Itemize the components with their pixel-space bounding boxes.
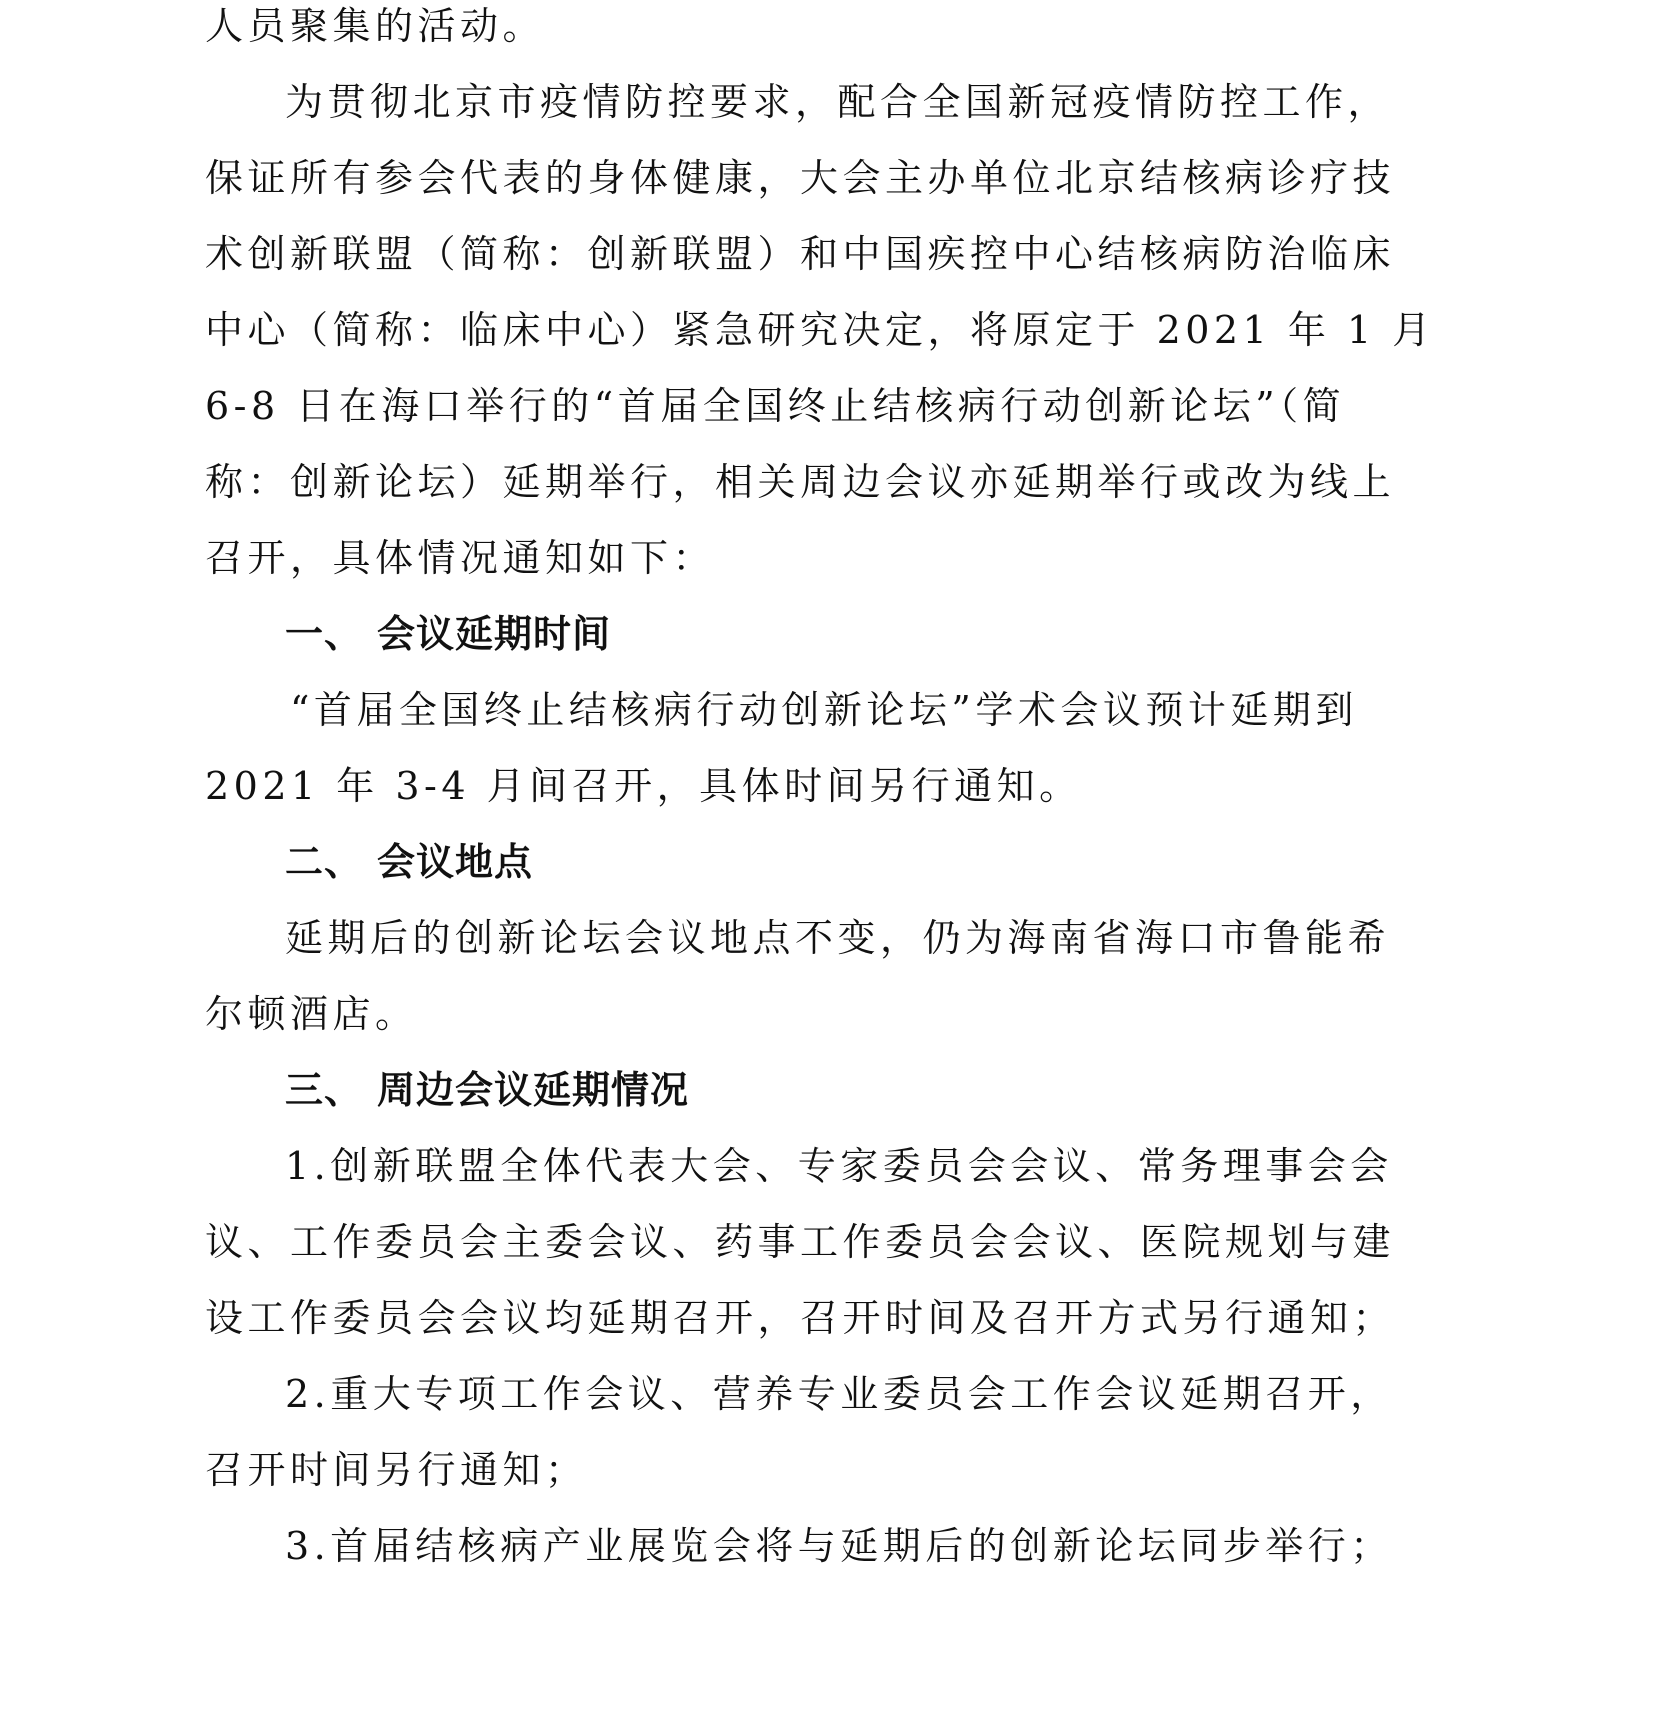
paragraph-line: 术创新联盟（简称：创新联盟）和中国疾控中心结核病防治临床 [205, 230, 1325, 278]
list-item-line: 议、工作委员会主委会议、药事工作委员会会议、医院规划与建 [205, 1218, 1325, 1266]
paragraph-line: 尔顿酒店。 [205, 990, 1325, 1038]
paragraph-line: 6-8 日在海口举行的“首届全国终止结核病行动创新论坛”（简 [205, 382, 1325, 430]
section-heading: 三、周边会议延期情况 [285, 1066, 689, 1114]
document-page: 人员聚集的活动。 为贯彻北京市疫情防控要求，配合全国新冠疫情防控工作， 保证所有… [0, 0, 1653, 1715]
section-title: 会议延期时间 [377, 612, 611, 656]
section-title: 会议地点 [377, 840, 533, 884]
section-title: 周边会议延期情况 [377, 1068, 689, 1112]
section-number: 三、 [285, 1066, 377, 1114]
paragraph-line: “首届全国终止结核病行动创新论坛”学术会议预计延期到 [290, 686, 1325, 734]
section-heading: 二、会议地点 [285, 838, 533, 886]
list-item-line: 3.首届结核病产业展览会将与延期后的创新论坛同步举行； [285, 1522, 1325, 1570]
list-item-line: 2.重大专项工作会议、营养专业委员会工作会议延期召开， [285, 1370, 1325, 1418]
paragraph-line: 延期后的创新论坛会议地点不变，仍为海南省海口市鲁能希 [285, 914, 1325, 962]
paragraph-line: 中心（简称：临床中心）紧急研究决定，将原定于 2021 年 1 月 [205, 306, 1325, 354]
list-item-line: 召开时间另行通知； [205, 1446, 1325, 1494]
paragraph-line: 召开，具体情况通知如下： [205, 534, 1325, 582]
list-item-line: 1.创新联盟全体代表大会、专家委员会会议、常务理事会会 [285, 1142, 1325, 1190]
paragraph-line: 人员聚集的活动。 [205, 2, 1325, 50]
paragraph-line: 保证所有参会代表的身体健康，大会主办单位北京结核病诊疗技 [205, 154, 1325, 202]
paragraph-line: 称：创新论坛）延期举行，相关周边会议亦延期举行或改为线上 [205, 458, 1325, 506]
section-heading: 一、会议延期时间 [285, 610, 611, 658]
list-item-line: 设工作委员会会议均延期召开，召开时间及召开方式另行通知； [205, 1294, 1325, 1342]
paragraph-line: 2021 年 3-4 月间召开，具体时间另行通知。 [205, 762, 1325, 810]
section-number: 二、 [285, 838, 377, 886]
paragraph-line: 为贯彻北京市疫情防控要求，配合全国新冠疫情防控工作， [285, 78, 1325, 126]
section-number: 一、 [285, 610, 377, 658]
